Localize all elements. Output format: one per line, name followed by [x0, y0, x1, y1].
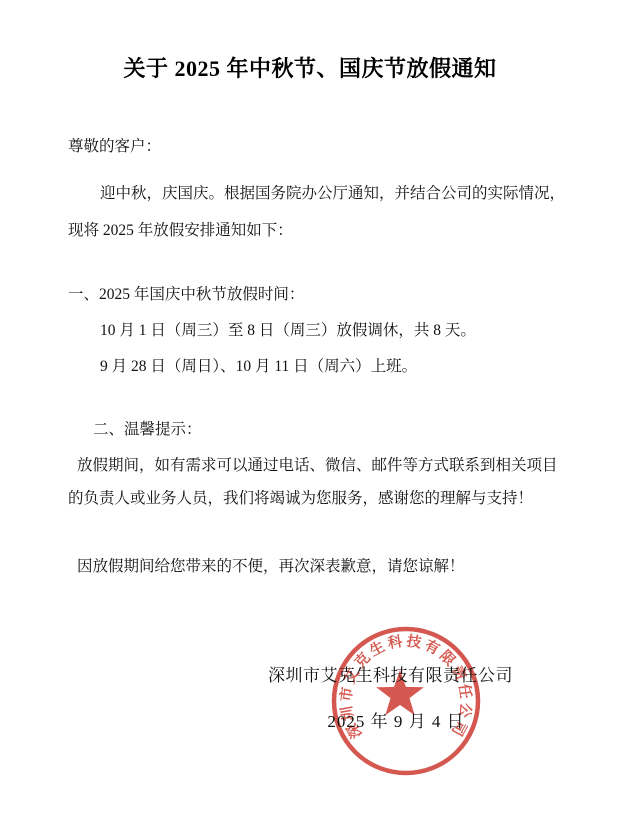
section2-line-2: 的负责人或业务人员，我们将竭诚为您服务，感谢您的理解与支持！	[68, 489, 554, 508]
signature-date: 2025 年 9 月 4 日	[268, 707, 524, 732]
intro-line-2: 现将 2025 年放假安排通知如下：	[68, 221, 554, 240]
company-name: 深圳市艾克生科技有限责任公司	[268, 661, 524, 686]
apology-line: 因放假期间给您带来的不便，再次深表歉意，请您谅解！	[68, 557, 554, 576]
document-title: 关于 2025 年中秋节、国庆节放假通知	[0, 52, 620, 83]
notice-document-page: 关于 2025 年中秋节、国庆节放假通知 尊敬的客户： 迎中秋，庆国庆。根据国务…	[0, 0, 620, 830]
section1-line-1: 10 月 1 日（周三）至 8 日（周三）放假调休，共 8 天。	[68, 321, 554, 340]
section2-heading: 二、温馨提示：	[68, 420, 554, 439]
section1-heading: 一、2025 年国庆中秋节放假时间：	[68, 285, 554, 304]
signature-block: 深圳市艾克生科技有限责任公司 2025 年 9 月 4 日	[268, 661, 524, 732]
section1-line-2: 9 月 28 日（周日）、10 月 11 日（周六）上班。	[68, 357, 554, 376]
intro-line-1: 迎中秋，庆国庆。根据国务院办公厅通知，并结合公司的实际情况，	[68, 184, 554, 203]
section2-line-1: 放假期间，如有需求可以通过电话、微信、邮件等方式联系到相关项目	[68, 456, 554, 475]
salutation-line: 尊敬的客户：	[68, 137, 554, 156]
